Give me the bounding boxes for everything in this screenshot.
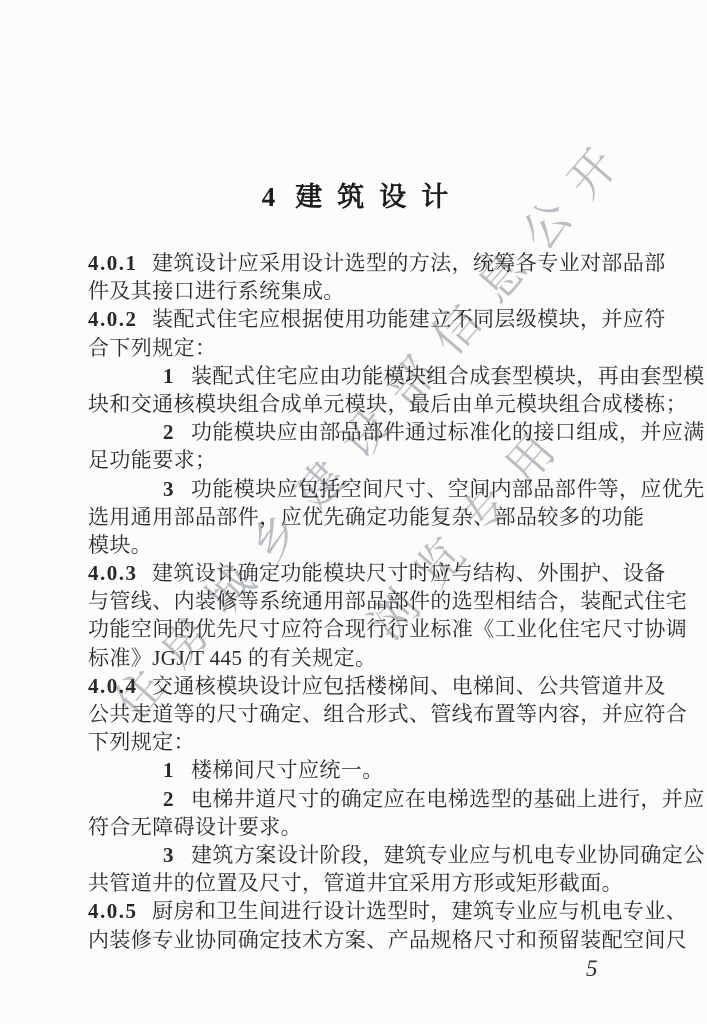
document-body: 4.0.1建筑设计应采用设计选型的方法，统筹各专业对部品部件及其接口进行系统集成… [88,249,622,954]
item-number: 2 [163,785,191,813]
item-line: 3功能模块应包括空间尺寸、空间内部品部件等，应优先 [88,475,622,503]
line-text: 厨房和卫生间进行设计选型时，建筑专业应与机电专业、 [152,899,687,923]
line-text: 符合无障碍设计要求。 [88,815,302,839]
item-line: 2功能模块应由部品部件通过标准化的接口组成，并应满 [88,418,622,446]
continuation-line: 内装修专业协同确定技术方案、产品规格尺寸和预留装配空间尺 [88,926,622,954]
line-text: 与管线、内装修等系统通用部品部件的选型相结合，装配式住宅 [88,589,687,613]
line-text: 装配式住宅应根据使用功能建立不同层级模块，并应符 [152,307,666,331]
chapter-number: 4 [262,182,276,212]
line-text: 模块。 [88,533,152,557]
item-line: 3建筑方案设计阶段，建筑专业应与机电专业协同确定公 [88,841,622,869]
line-text: 共管道井的位置及尺寸，管道井宜采用方形或矩形截面。 [88,871,623,895]
continuation-line: 功能空间的优先尺寸应符合现行行业标准《工业化住宅尺寸协调 [88,615,622,643]
continuation-line: 下列规定： [88,728,622,756]
line-text: 标准》JGJ/T 445 的有关规定。 [88,646,376,670]
clause-number: 4.0.5 [88,897,152,925]
line-text: 块和交通核模块组合成单元模块，最后由单元模块组合成楼栋； [88,392,687,416]
item-line: 2电梯井道尺寸的确定应在电梯选型的基础上进行，并应 [88,785,622,813]
line-text: 交通核模块设计应包括楼梯间、电梯间、公共管道井及 [152,674,666,698]
continuation-line: 共管道井的位置及尺寸，管道井宜采用方形或矩形截面。 [88,869,622,897]
continuation-line: 块和交通核模块组合成单元模块，最后由单元模块组合成楼栋； [88,390,622,418]
continuation-line: 件及其接口进行系统集成。 [88,277,622,305]
clause-number: 4.0.4 [88,672,152,700]
item-line: 1装配式住宅应由功能模块组合成套型模块，再由套型模 [88,362,622,390]
continuation-line: 标准》JGJ/T 445 的有关规定。 [88,644,622,672]
item-number: 3 [163,475,191,503]
line-text: 合下列规定： [88,336,216,360]
continuation-line: 与管线、内装修等系统通用部品部件的选型相结合，装配式住宅 [88,587,622,615]
line-text: 足功能要求； [88,448,216,472]
continuation-line: 公共走道等的尺寸确定、组合形式、管线布置等内容，并应符合 [88,700,622,728]
line-text: 件及其接口进行系统集成。 [88,279,345,303]
item-number: 1 [163,756,191,784]
line-text: 楼梯间尺寸应统一。 [191,758,384,782]
line-text: 建筑设计确定功能模块尺寸时应与结构、外围护、设备 [152,561,666,585]
line-text: 公共走道等的尺寸确定、组合形式、管线布置等内容，并应符合 [88,702,687,726]
clause-line: 4.0.2装配式住宅应根据使用功能建立不同层级模块，并应符 [88,305,622,333]
continuation-line: 符合无障碍设计要求。 [88,813,622,841]
item-number: 1 [163,362,191,390]
item-number: 3 [163,841,191,869]
line-text: 选用通用部品部件，应优先确定功能复杂、部品较多的功能 [88,505,644,529]
line-text: 建筑设计应采用设计选型的方法，统筹各专业对部品部 [152,251,666,275]
page-number: 5 [586,956,598,982]
clause-number: 4.0.2 [88,305,152,333]
line-text: 电梯井道尺寸的确定应在电梯选型的基础上进行，并应 [191,787,705,811]
continuation-line: 模块。 [88,531,622,559]
clause-line: 4.0.1建筑设计应采用设计选型的方法，统筹各专业对部品部 [88,249,622,277]
line-text: 内装修专业协同确定技术方案、产品规格尺寸和预留装配空间尺 [88,928,687,952]
clause-line: 4.0.3建筑设计确定功能模块尺寸时应与结构、外围护、设备 [88,559,622,587]
document-page: 住房城乡建设部信息公开 浏览专用 4建筑设计 4.0.1建筑设计应采用设计选型的… [0,0,707,1024]
continuation-line: 足功能要求； [88,446,622,474]
chapter-title: 4建筑设计 [88,175,622,214]
continuation-line: 合下列规定： [88,334,622,362]
line-text: 下列规定： [88,730,195,754]
item-number: 2 [163,418,191,446]
item-line: 1楼梯间尺寸应统一。 [88,756,622,784]
continuation-line: 选用通用部品部件，应优先确定功能复杂、部品较多的功能 [88,503,622,531]
line-text: 功能空间的优先尺寸应符合现行行业标准《工业化住宅尺寸协调 [88,617,687,641]
clause-line: 4.0.4交通核模块设计应包括楼梯间、电梯间、公共管道井及 [88,672,622,700]
chapter-name: 建筑设计 [295,182,463,212]
line-text: 装配式住宅应由功能模块组合成套型模块，再由套型模 [191,364,705,388]
line-text: 功能模块应由部品部件通过标准化的接口组成，并应满 [191,420,705,444]
line-text: 功能模块应包括空间尺寸、空间内部品部件等，应优先 [191,477,705,501]
clause-line: 4.0.5厨房和卫生间进行设计选型时，建筑专业应与机电专业、 [88,897,622,925]
clause-number: 4.0.3 [88,559,152,587]
clause-number: 4.0.1 [88,249,152,277]
line-text: 建筑方案设计阶段，建筑专业应与机电专业协同确定公 [191,843,705,867]
